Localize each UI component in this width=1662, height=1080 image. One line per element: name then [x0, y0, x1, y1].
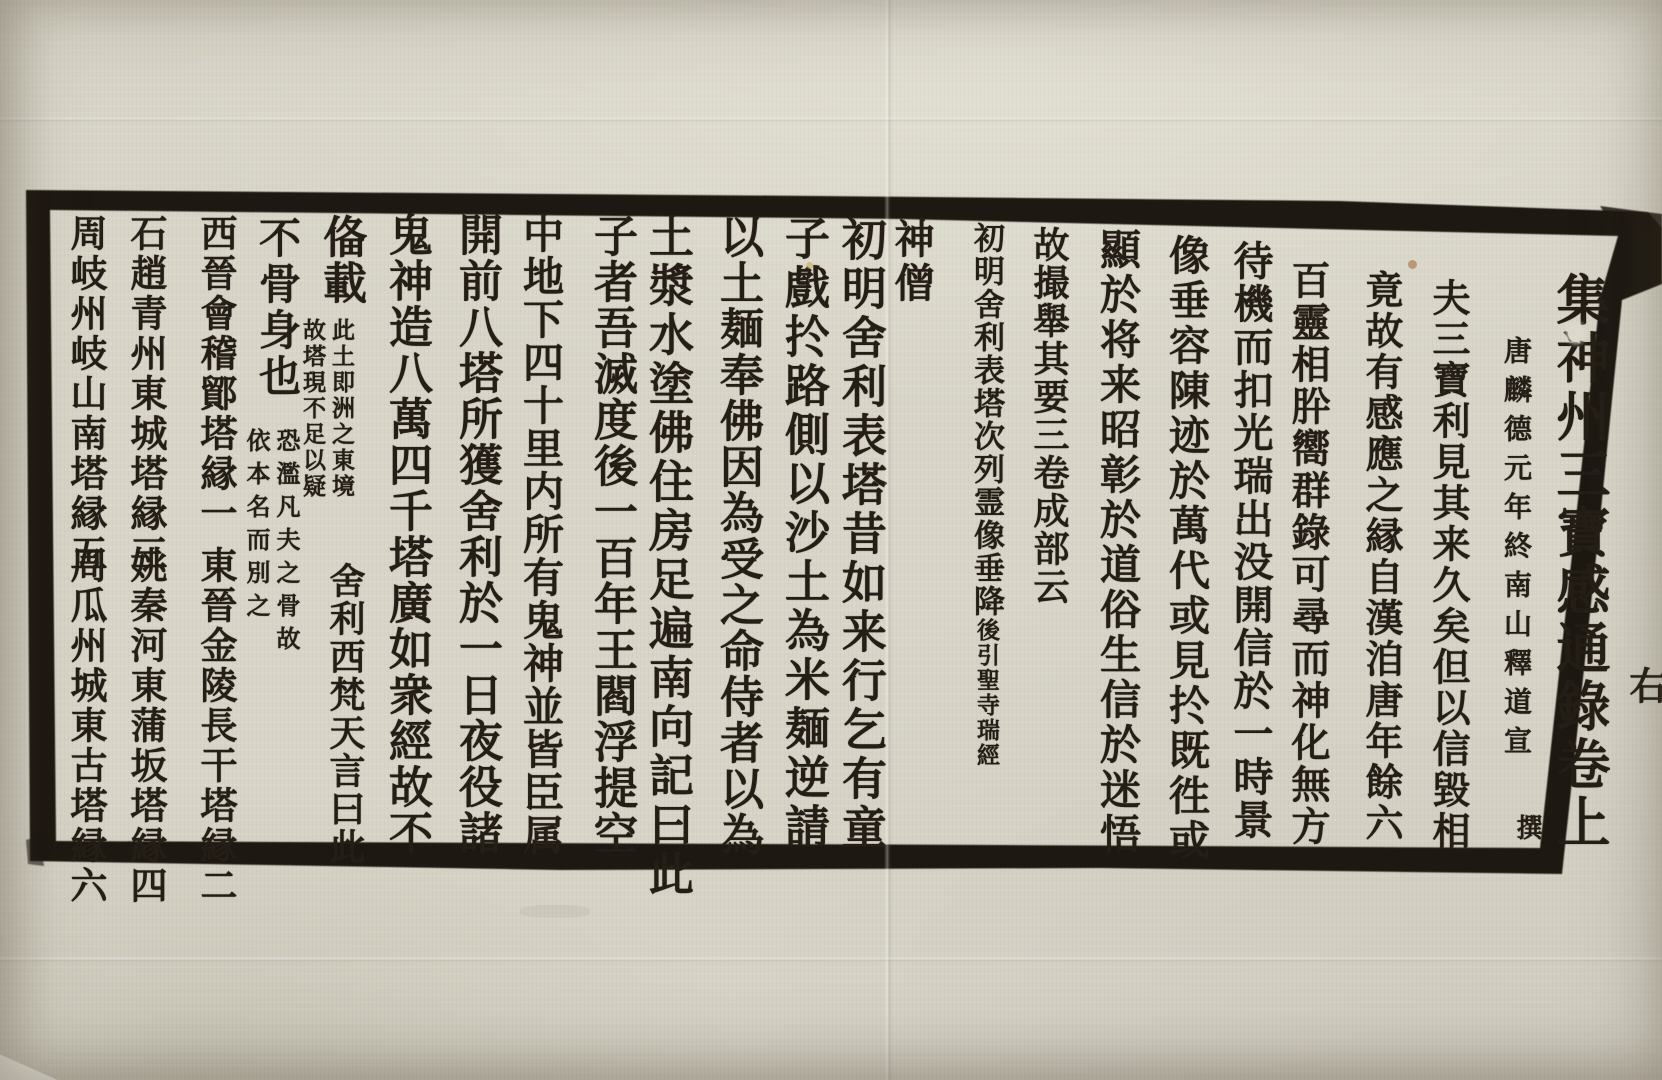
- gloss-tail-column-1: 舍利西梵天言曰此: [326, 562, 362, 866]
- paper-background: 右 集神州三寶感通錄卷上 唐麟德元年終南山釋道宣 撰 夫三寶利見其来久矣但以信毀…: [0, 0, 1662, 1080]
- body-column-7: 開前八塔所獲舍利於一日夜役諸: [454, 212, 498, 856]
- toc-column-main: 初明舍利表塔次列霊像垂降: [968, 222, 1004, 618]
- catalog-column-3: 石趙青州東城塔縁三: [127, 214, 164, 574]
- toc-column: 初明舍利表塔次列霊像垂降後引聖寺瑞經: [970, 222, 1001, 768]
- toc-column-small: 後引聖寺瑞經: [973, 618, 999, 768]
- preface-column-3: 百靈相肸嚮群錄可尋而神化無方: [1288, 260, 1327, 848]
- attribution-suffix: 撰: [1514, 814, 1540, 840]
- body-column-2: 子戲扵路側以沙土為米麺逆請: [781, 215, 826, 852]
- interlinear-note-1-left: 故塔現不足以疑: [300, 318, 323, 500]
- catalog-column-2: 東晉金陵長干塔縁二: [197, 546, 234, 906]
- preface-column-1: 夫三寶利見其来久矣但以信毀相: [1429, 278, 1467, 852]
- catalog-column-1: 西晉會稽鄮塔縁一: [197, 214, 234, 534]
- preface-column-5: 像垂容陳迹於萬代或見扵既徃或: [1165, 234, 1206, 864]
- toc-continuation-column: 神僧: [891, 218, 931, 306]
- interlinear-note-1: 此土即洲之東境 故塔現不足以疑: [300, 318, 352, 500]
- body-column-1: 初明舍利表塔昔如来行乞有童: [838, 216, 883, 853]
- preface-column-7: 故撮舉其要三卷成部云: [1030, 226, 1066, 606]
- interlinear-note-1-right: 此土即洲之東境: [329, 318, 352, 500]
- preface-column-2: 竟故有感應之縁自漢洎唐年餘六: [1362, 270, 1400, 844]
- body-column-3: 以土麺奉佛因為受之命侍者以為: [715, 214, 759, 858]
- attribution-column: 唐麟德元年終南山釋道宣: [1502, 336, 1530, 765]
- interlinear-note-2-right: 恐濫凡夫之骨故: [274, 428, 298, 659]
- preface-column-4: 待機而扣光瑞出没開信於一時景: [1230, 240, 1270, 842]
- catalog-column-6: 周瓜州城東古塔縁六: [67, 546, 104, 906]
- margin-note-right: 右: [1626, 666, 1662, 706]
- body-column-4: 土漿水塗佛住房足遍南向記曰此: [645, 213, 690, 899]
- gloss-lead-column-2: 不骨身也: [256, 216, 298, 400]
- preface-column-6: 顯於将来昭彰於道俗生信於迷悟: [1096, 228, 1137, 858]
- interlinear-note-2: 恐濫凡夫之骨故 依本名而別之: [244, 428, 298, 659]
- body-column-5: 子者吾滅度後一百年王閻浮提空: [589, 213, 633, 857]
- body-column-8: 鬼神造八萬四千塔廣如衆經故不: [384, 212, 428, 856]
- catalog-column-4: 姚秦河東蒲坂塔縁四: [127, 546, 164, 906]
- gloss-lead-column-1: 俻載: [318, 214, 362, 306]
- interlinear-note-2-left: 依本名而別之: [244, 428, 268, 659]
- body-column-6: 中地下四十里内所有鬼神並皆臣属: [519, 212, 560, 857]
- title-column: 集神州三寶感通錄卷上: [1552, 272, 1606, 852]
- catalog-column-5: 周岐州岐山南塔縁五: [67, 214, 104, 574]
